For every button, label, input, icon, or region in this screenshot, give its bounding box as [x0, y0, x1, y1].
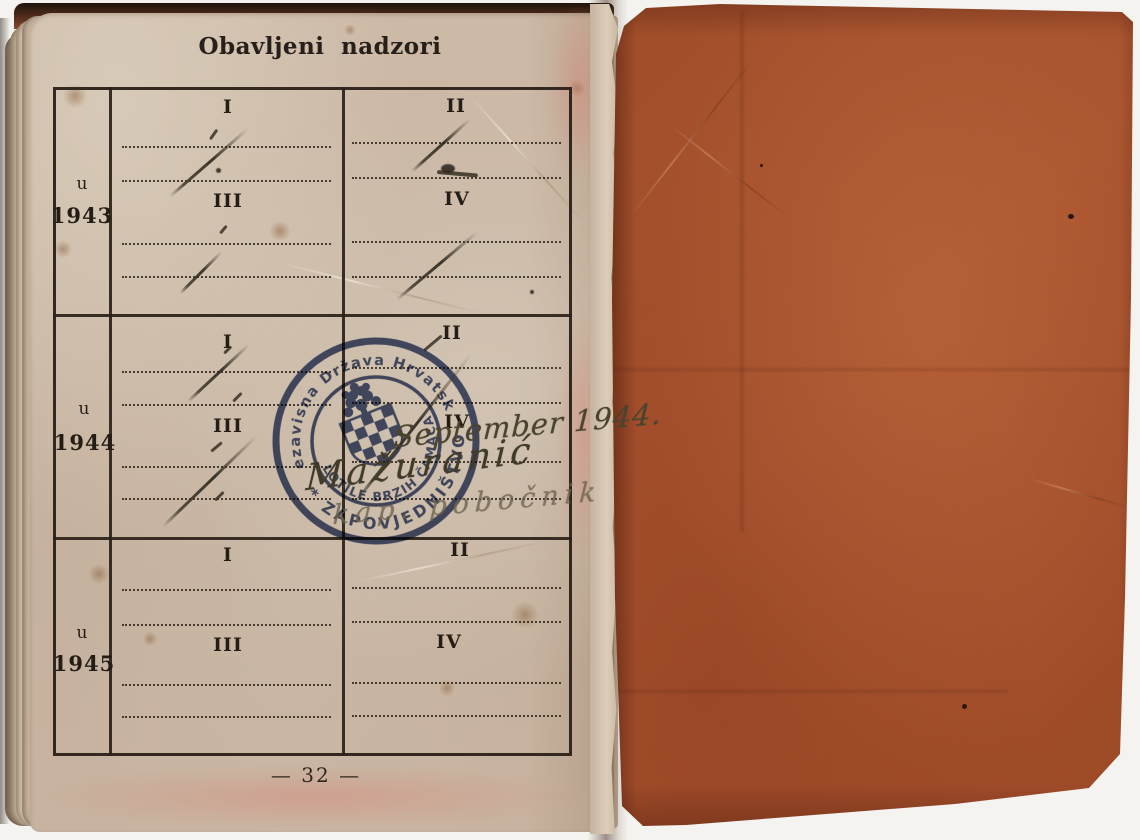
quarter-label: III [213, 190, 243, 212]
cover-speck [1068, 214, 1074, 219]
dotted-writing-line [352, 276, 561, 278]
dotted-writing-line [352, 682, 561, 684]
dotted-writing-line [122, 684, 331, 686]
dotted-writing-line [352, 142, 561, 144]
quarter-label: II [446, 95, 466, 117]
cover-speck [962, 704, 967, 709]
dotted-writing-line [122, 276, 331, 278]
quarter-label: IV [444, 188, 470, 210]
cover-crease [614, 368, 1130, 371]
ink-blot [441, 164, 455, 173]
quarter-label: II [450, 539, 470, 561]
ink-dot [216, 168, 221, 173]
dotted-writing-line [122, 589, 331, 591]
year-label: 1945 [53, 651, 115, 676]
dotted-writing-line [122, 624, 331, 626]
dotted-writing-line [352, 241, 561, 243]
ink-dot [530, 290, 534, 294]
dotted-writing-line [122, 180, 331, 182]
year-prefix: u [79, 399, 90, 419]
year-label: 1944 [54, 430, 116, 455]
quarter-label: III [213, 415, 243, 437]
dotted-writing-line [352, 177, 561, 179]
dotted-writing-line [352, 587, 561, 589]
quarter-label: I [223, 96, 233, 118]
year-label: 1943 [51, 203, 113, 228]
page-title: Obavljeni nadzori [198, 33, 441, 60]
dotted-writing-line [352, 715, 561, 717]
quarter-label: IV [436, 631, 462, 653]
year-prefix: u [77, 174, 88, 194]
year-prefix: u [77, 623, 88, 643]
cover-crease [618, 690, 1008, 693]
cover-edge-shading [610, 4, 1140, 834]
quarter-label: I [223, 544, 233, 566]
dotted-writing-line [352, 621, 561, 623]
table-horizontal-line [53, 314, 572, 317]
dotted-writing-line [122, 243, 331, 245]
scanned-booklet-spread: Obavljeni nadzori u 1943 I II III IV u 1… [0, 0, 1140, 840]
page-number: — 32 — [271, 763, 361, 787]
booklet-cover [610, 4, 1140, 834]
cover-crease [740, 12, 744, 532]
quarter-label: III [213, 634, 243, 656]
dotted-writing-line [122, 716, 331, 718]
cover-speck [760, 164, 763, 167]
